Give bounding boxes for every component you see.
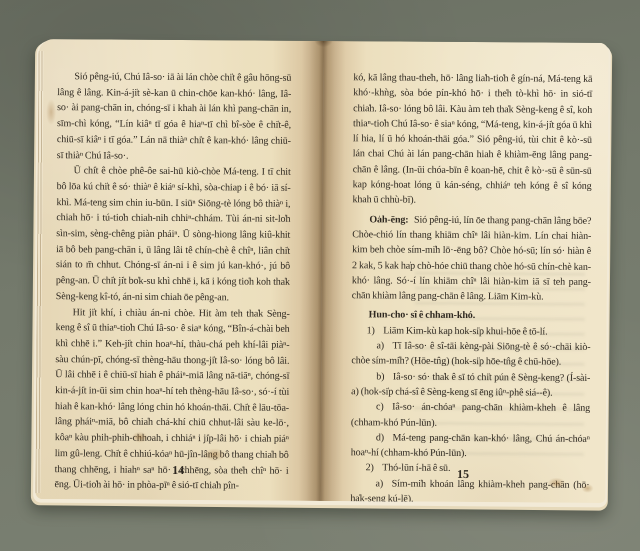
list-item: 1)Liām Kim-kù kap hok-si̍p khui-hōe ê tō… <box>352 323 591 340</box>
application-label: Oa̍h-ēng: <box>369 214 414 225</box>
paragraph-continuation: kó, kā lâng thau-the̍h, hō· lâng lia̍h-t… <box>352 70 592 209</box>
right-page: kó, kā lâng thau-the̍h, hō· lâng lia̍h-t… <box>320 41 608 503</box>
open-book: Sió pêng-iú, Chú Iâ-so· iā ài lán chòe c… <box>35 39 608 503</box>
list-item: c)Iâ-so· án-chóaⁿ pang-chān khiàm-kheh ê… <box>351 399 590 431</box>
list-item: d)Má-teng pang-chān kan-khó· lâng, Chú á… <box>351 430 590 462</box>
page-number-right: 15 <box>321 466 606 483</box>
paper-stain <box>46 99 56 125</box>
application-body: Sió pêng-iú, lín ōe thang pang-chān lâng… <box>352 214 592 302</box>
list-item: a)Tī Iâ-so· ê sî-tāi kèng-pài Siōng-tè ê… <box>351 338 590 370</box>
list-item-text: Liām Kim-kù kap hok-si̍p khui-hōe ê tō-l… <box>383 325 547 337</box>
left-page: Sió pêng-iú, Chú Iâ-so· iā ài lán chòe c… <box>35 39 323 501</box>
paragraph: Sió pêng-iú, Chú Iâ-so· iā ài lán chòe c… <box>57 69 292 165</box>
application-paragraph: Oa̍h-ēng:Sió pêng-iú, lín ōe thang pang-… <box>352 212 592 305</box>
list-marker: c) <box>376 402 392 413</box>
left-page-text-column: Sió pêng-iú, Chú Iâ-so· iā ài lán chòe c… <box>54 69 291 495</box>
right-page-text-column: kó, kā lâng thau-the̍h, hō· lâng lia̍h-t… <box>350 70 592 503</box>
section-heading: Hun-cho· sî ê chham-khó. <box>352 308 591 325</box>
list-marker: d) <box>376 432 393 443</box>
list-marker: b) <box>376 371 393 382</box>
list-marker: 1) <box>367 325 384 336</box>
paragraph: Ū chi̍t ê chòe phê-ôe sai-hū kiò-chòe Má… <box>56 163 291 306</box>
page-number-left: 14 <box>36 462 321 479</box>
list-item: b)Iâ-so· só· tha̍k ê sī tó chi̍t pún ê S… <box>351 369 590 401</box>
gutter-top-notch <box>311 40 337 50</box>
list-marker: a) <box>376 340 392 351</box>
